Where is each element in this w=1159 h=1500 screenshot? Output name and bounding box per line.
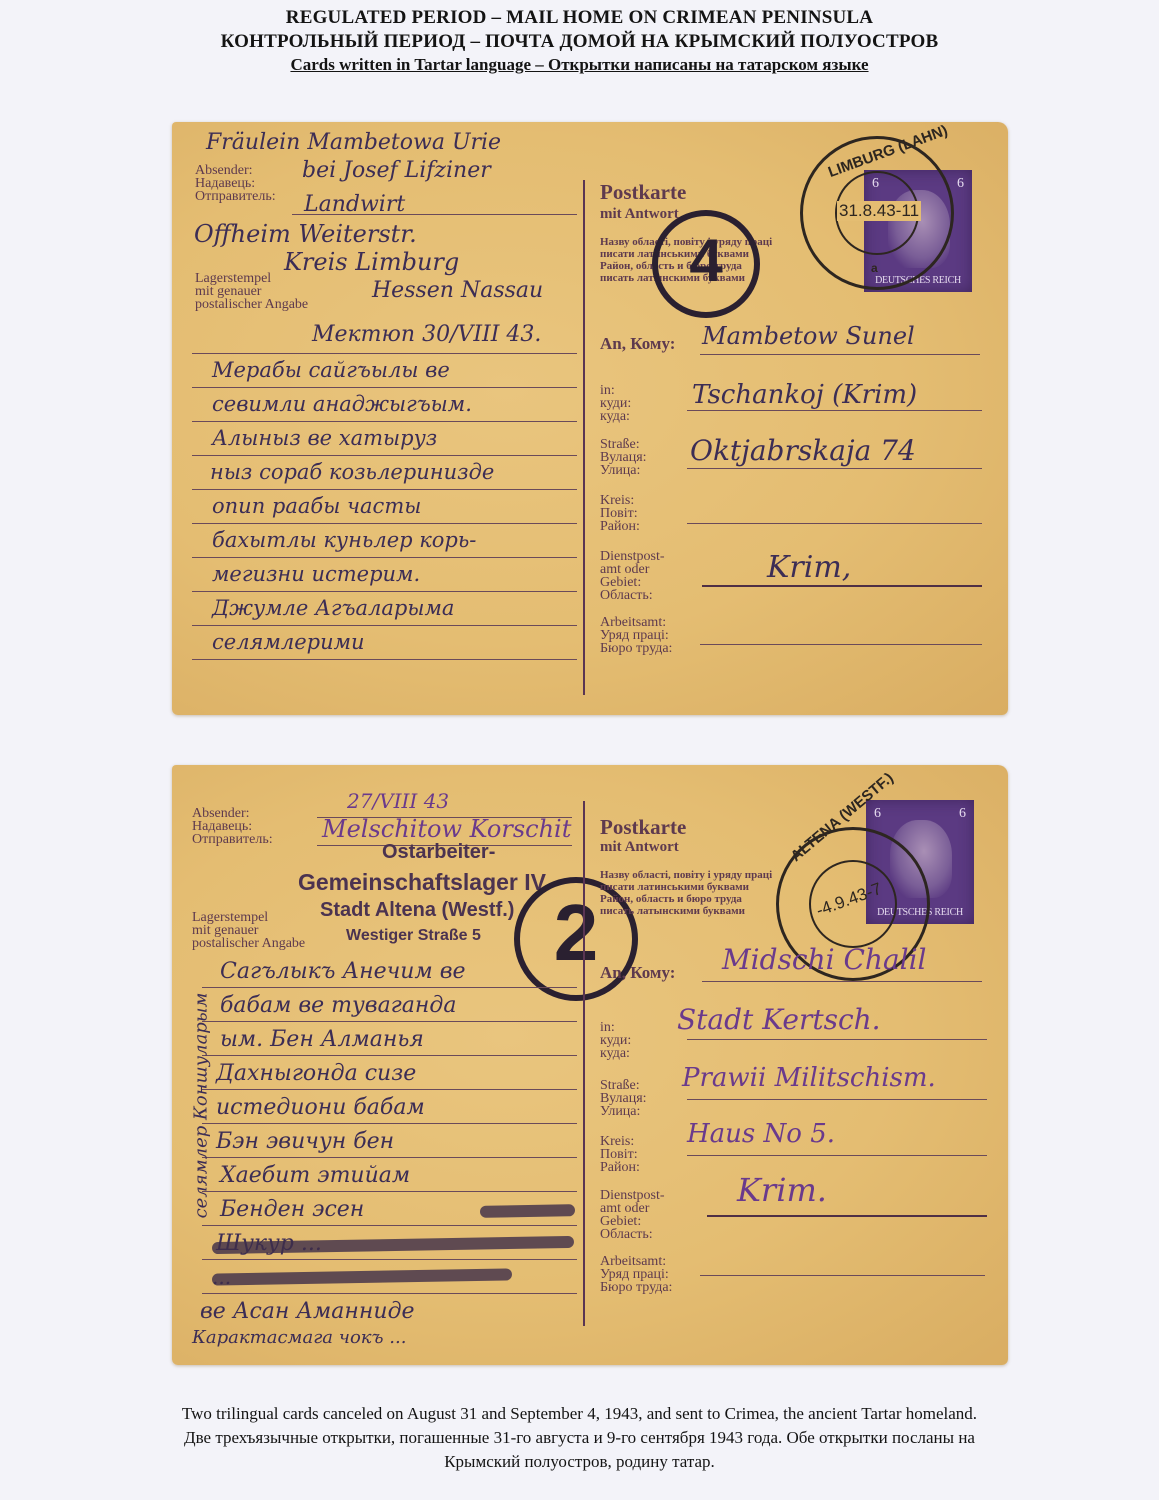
instructions-text: Назву області, повіту і уряду праціписат… (600, 869, 772, 917)
recipient-house: Haus No 5. (687, 1119, 835, 1149)
in-labels: in:куди:куда: (600, 1021, 631, 1060)
subtitle: Cards written in Tartar language – Откры… (0, 54, 1159, 76)
arbeitsamt-labels: Arbeitsamt:Уряд праці:Бюро труда: (600, 616, 672, 655)
card-divider (583, 801, 585, 1326)
sender-labels: Absender:Надавець:Отправитель: (192, 807, 273, 846)
recipient-region: Krim. (737, 1171, 827, 1209)
strasse-labels: Straße:Вулаця:Улица: (600, 438, 647, 477)
kreis-labels: Kreis:Повіт:Район: (600, 494, 640, 533)
caption: Two trilingual cards canceled on August … (0, 1402, 1159, 1474)
postkarte-label: Postkarte (600, 815, 686, 840)
sender-name: Melschitow Korschit (322, 815, 571, 843)
sender-line: Kreis Limburg (284, 248, 459, 276)
sender-line: Hessen Nassau (372, 278, 543, 303)
postcard-2: Absender:Надавець:Отправитель: 27/VIII 4… (172, 765, 1008, 1365)
margin-note: селямлер Коншуларым (190, 993, 211, 1219)
caption-english: Two trilingual cards canceled on August … (0, 1402, 1159, 1426)
arbeitsamt-labels: Arbeitsamt:Уряд праці:Бюро труда: (600, 1255, 672, 1294)
recipient-city: Stadt Kertsch. (677, 1003, 881, 1036)
censor-mark: 4 (652, 210, 760, 318)
recipient-street: Prawii Militschism. (682, 1063, 936, 1093)
sender-line: Fräulein Mambetowa Urie (206, 130, 501, 155)
dienstpost-labels: Dienstpost-amt oderGebiet:Область: (600, 1189, 665, 1241)
postkarte-label: Postkarte (600, 180, 686, 205)
sender-line: Landwirt (304, 192, 405, 217)
in-labels: in:куди:куда: (600, 384, 631, 423)
postmark-limburg: LIMBURG (LAHN) 31.8.43-11 a (800, 136, 954, 290)
page-header: REGULATED PERIOD – MAIL HOME ON CRIMEAN … (0, 6, 1159, 76)
sender-date: 27/VIII 43 (347, 789, 449, 813)
lagerstempel-labels: Lagerstempelmit genauerpostalischer Anga… (192, 911, 305, 950)
lagerstempel-labels: Lagerstempelmit genauerpostalischer Anga… (195, 272, 308, 311)
sender-line: bei Josef Lifziner (302, 158, 491, 183)
dienstpost-labels: Dienstpost-amt oderGebiet:Область: (600, 550, 665, 602)
postcard-1: Fräulein Mambetowa Urie Absender:Надавец… (172, 122, 1008, 715)
caption-russian: Две трехъязычные открытки, погашенные 31… (0, 1426, 1159, 1450)
an-komu-label: An, Кому: (600, 963, 675, 983)
title-english: REGULATED PERIOD – MAIL HOME ON CRIMEAN … (0, 6, 1159, 30)
caption-russian-cont: Крымский полуостров, родину татар. (0, 1450, 1159, 1474)
mit-antwort-label: mit Antwort (600, 206, 679, 223)
recipient-name: Midschi Chalil (722, 943, 927, 976)
recipient-street: Oktjabrskaja 74 (690, 434, 916, 467)
title-russian: КОНТРОЛЬНЫЙ ПЕРИОД – ПОЧТА ДОМОЙ НА КРЫМ… (0, 30, 1159, 54)
sender-labels: Absender:Надавець:Отправитель: (195, 164, 276, 203)
sender-line: Offheim Weiterstr. (194, 220, 417, 248)
recipient-name: Mambetow Sunel (702, 322, 915, 350)
kreis-labels: Kreis:Повіт:Район: (600, 1135, 640, 1174)
recipient-city: Tschankoj (Krim) (692, 380, 917, 410)
an-komu-label: An, Кому: (600, 334, 675, 354)
strasse-labels: Straße:Вулаця:Улица: (600, 1079, 647, 1118)
card-divider (583, 180, 585, 695)
recipient-region: Krim, (767, 550, 851, 585)
mit-antwort-label: mit Antwort (600, 839, 679, 856)
